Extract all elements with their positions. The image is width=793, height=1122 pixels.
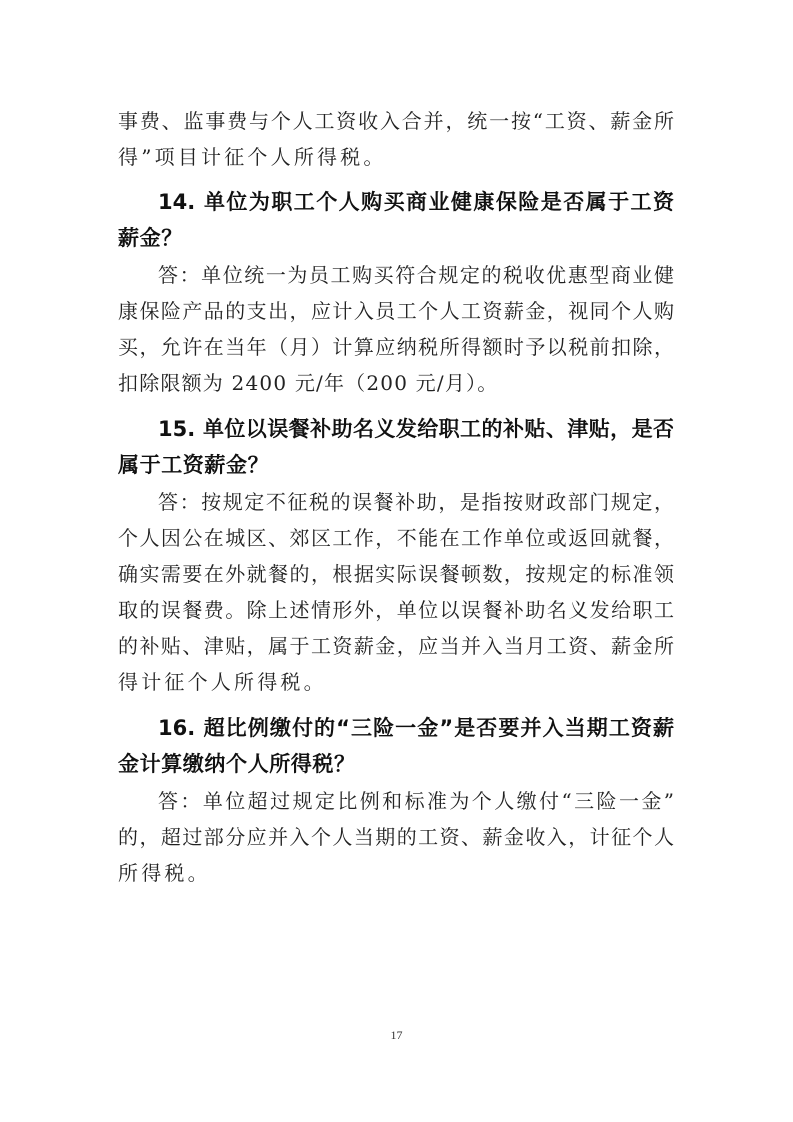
question-heading-15: 15. 单位以误餐补助名义发给职工的补贴、津贴，是否 [158, 416, 674, 442]
answer-text-line: 扣除限额为 2400 元/年（200 元/月）。 [118, 370, 674, 396]
answer-text-line: 的补贴、津贴，属于工资薪金，应当并入当月工资、薪金所 [118, 633, 674, 659]
document-page: 事费、监事费与个人工资收入合并，统一按“工资、薪金所 得”项目计征个人所得税。 … [0, 0, 793, 1122]
answer-text-line: 个人因公在城区、郊区工作，不能在工作单位或返回就餐， [118, 525, 674, 551]
question-heading-16-cont: 金计算缴纳个人所得税？ [118, 751, 674, 777]
answer-text-line: 答：按规定不征税的误餐补助，是指按财政部门规定， [158, 489, 674, 515]
question-heading-15-cont: 属于工资薪金？ [118, 452, 674, 478]
answer-text-line: 取的误餐费。除上述情形外，单位以误餐补助名义发给职工 [118, 597, 674, 623]
answer-text-line: 的，超过部分应并入个人当期的工资、薪金收入，计征个人 [118, 824, 674, 850]
question-heading-16: 16. 超比例缴付的“三险一金”是否要并入当期工资薪 [158, 715, 674, 741]
answer-text-line: 答：单位统一为员工购买符合规定的税收优惠型商业健 [158, 262, 674, 288]
body-text-line: 得”项目计征个人所得税。 [118, 144, 674, 170]
answer-text-line: 康保险产品的支出，应计入员工个人工资薪金，视同个人购 [118, 298, 674, 324]
answer-text-line: 买，允许在当年（月）计算应纳税所得额时予以税前扣除， [118, 334, 674, 360]
question-heading-14-cont: 薪金？ [118, 225, 674, 251]
answer-text-line: 答：单位超过规定比例和标准为个人缴付“三险一金” [158, 788, 674, 814]
answer-text-line: 得计征个人所得税。 [118, 669, 674, 695]
question-heading-14: 14. 单位为职工个人购买商业健康保险是否属于工资 [158, 189, 674, 215]
answer-text-line: 所得税。 [118, 860, 674, 886]
page-number: 17 [0, 1028, 793, 1043]
answer-text-line: 确实需要在外就餐的，根据实际误餐顿数，按规定的标准领 [118, 561, 674, 587]
body-text-line: 事费、监事费与个人工资收入合并，统一按“工资、薪金所 [118, 108, 674, 134]
